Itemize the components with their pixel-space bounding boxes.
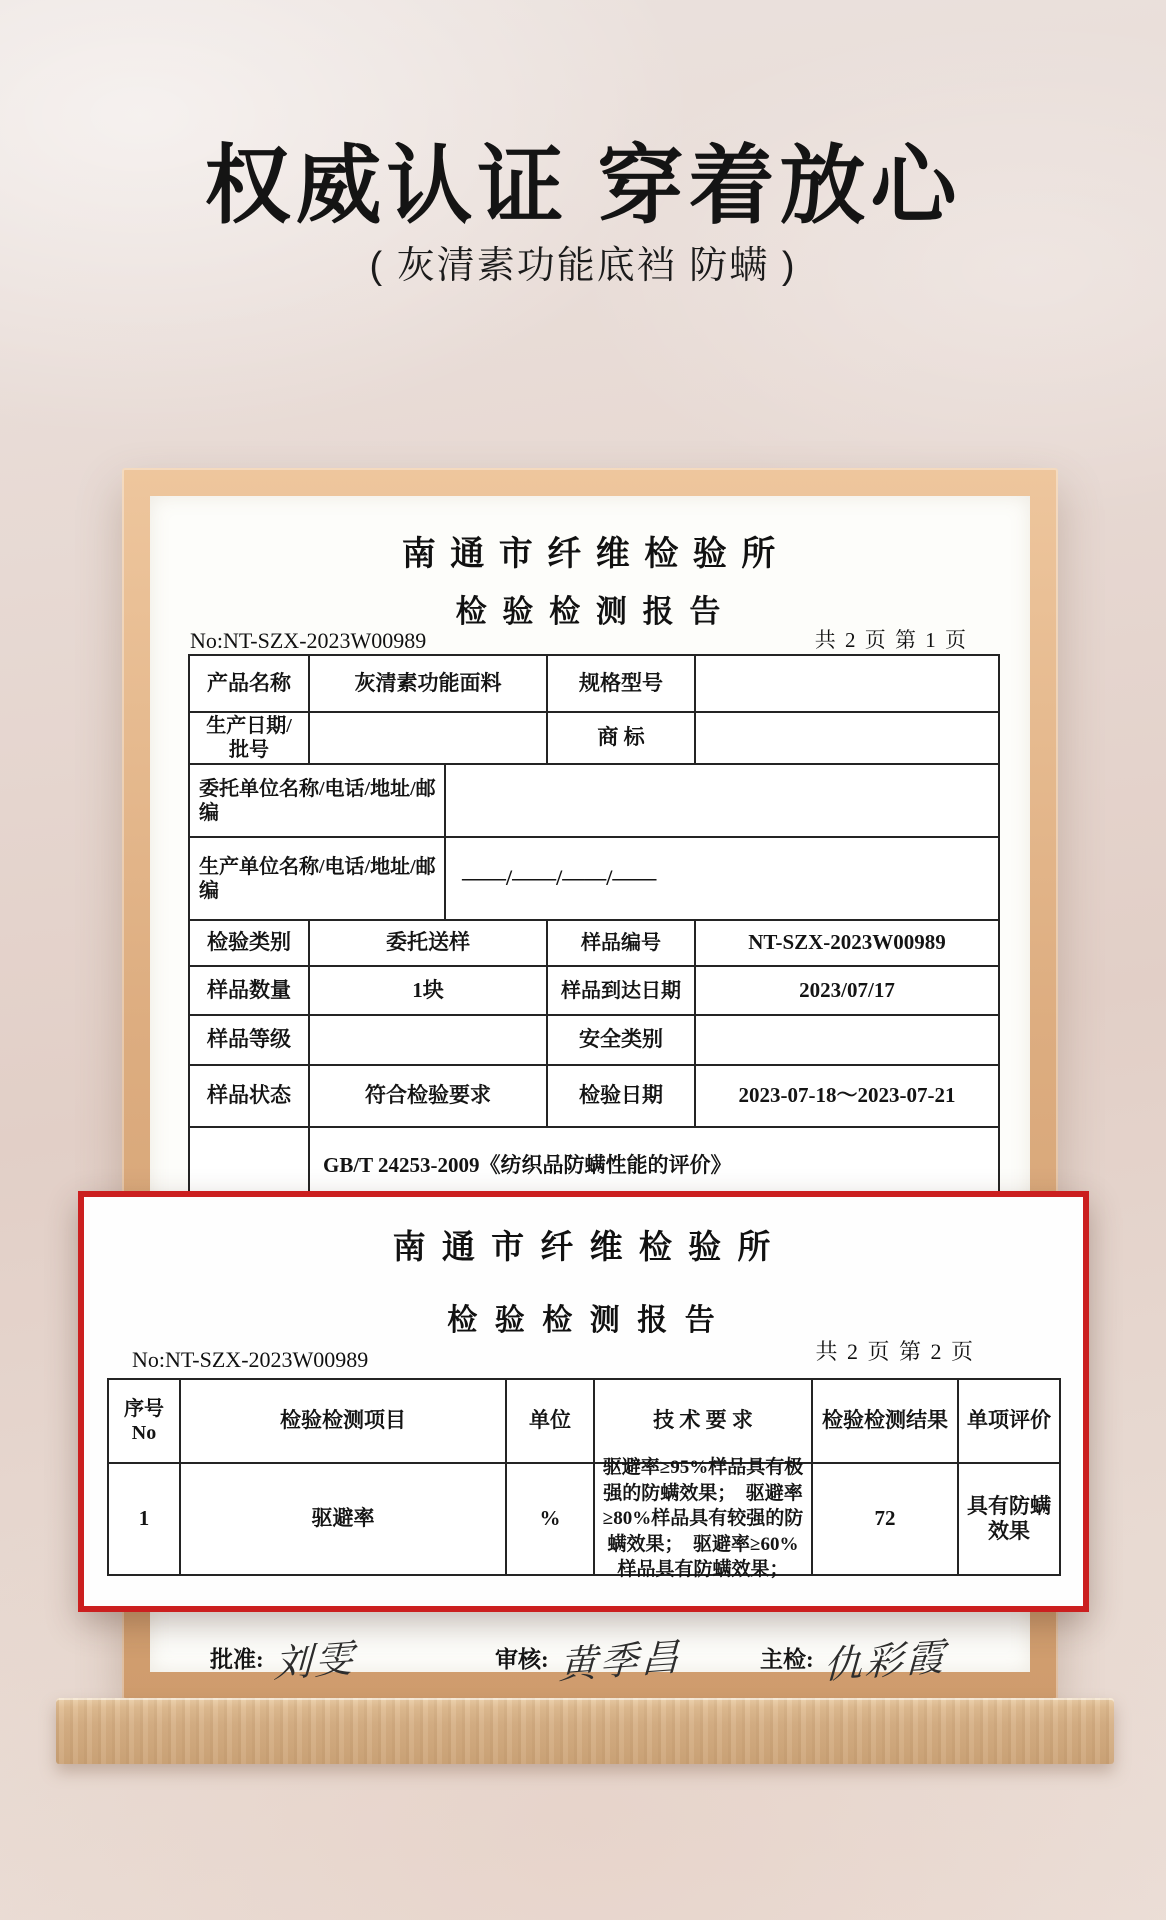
report1-info-table: 产品名称 灰清素功能面料 规格型号 生产日期/ 批号 商 标 委托单位名称/电话… <box>188 654 1000 1206</box>
product-name-value: 灰清素功能面料 <box>310 656 548 711</box>
table-header-row: 序号 No 检验检测项目 单位 技 术 要 求 检验检测结果 单项评价 <box>109 1380 1059 1464</box>
report2-result-table: 序号 No 检验检测项目 单位 技 术 要 求 检验检测结果 单项评价 1 驱避… <box>107 1378 1061 1576</box>
header-unit: 单位 <box>507 1380 595 1462</box>
page-subheading: ( 灰清素功能底裆 防螨 ) <box>0 234 1166 289</box>
inspection-type-value: 委托送样 <box>310 921 548 965</box>
result-technical-requirement: 驱避率≥95%样品具有极强的防螨效果； 驱避率≥80%样品具有较强的防螨效果； … <box>595 1464 813 1574</box>
table-row: 生产单位名称/电话/地址/邮编 ——/——/——/—— <box>190 838 998 921</box>
header-seq-no: 序号 No <box>109 1380 181 1462</box>
sample-state-value: 符合检验要求 <box>310 1066 548 1126</box>
result-seq-no: 1 <box>109 1464 181 1574</box>
sample-grade-value <box>310 1016 548 1064</box>
report1-number: No:NT-SZX-2023W00989 <box>190 628 426 654</box>
approve-signature-group: 批准: 刘雯 <box>210 1630 356 1685</box>
wooden-base <box>56 1698 1114 1764</box>
client-info-label: 委托单位名称/电话/地址/邮编 <box>190 765 446 836</box>
report-page-2: 南 通 市 纤 维 检 验 所 检 验 检 测 报 告 共 2 页 第 2 页 … <box>78 1191 1089 1612</box>
table-row: 1 驱避率 % 驱避率≥95%样品具有极强的防螨效果； 驱避率≥80%样品具有较… <box>109 1464 1059 1574</box>
production-date-value <box>310 713 548 763</box>
brand-value <box>696 713 998 763</box>
result-unit: % <box>507 1464 595 1574</box>
sample-number-label: 样品编号 <box>548 921 696 965</box>
report2-number: No:NT-SZX-2023W00989 <box>132 1347 368 1373</box>
check-signature: 仇彩霞 <box>823 1626 948 1690</box>
table-row: 产品名称 灰清素功能面料 规格型号 <box>190 656 998 713</box>
production-date-label: 生产日期/ 批号 <box>190 713 310 763</box>
table-row: 检验类别 委托送样 样品编号 NT-SZX-2023W00989 <box>190 921 998 967</box>
sample-state-label: 样品状态 <box>190 1066 310 1126</box>
sample-number-value: NT-SZX-2023W00989 <box>696 921 998 965</box>
result-test-result: 72 <box>813 1464 959 1574</box>
spec-model-value <box>696 656 998 711</box>
review-label: 审核: <box>495 1641 549 1674</box>
result-test-item: 驱避率 <box>181 1464 507 1574</box>
sample-arrival-label: 样品到达日期 <box>548 967 696 1014</box>
test-date-value: 2023-07-18～2023-07-21 <box>696 1066 998 1126</box>
brand-label: 商 标 <box>548 713 696 763</box>
header-test-result: 检验检测结果 <box>813 1380 959 1462</box>
report1-page-indicator: 共 2 页 第 1 页 <box>815 624 968 654</box>
safety-category-value <box>696 1016 998 1064</box>
product-name-label: 产品名称 <box>190 656 310 711</box>
sample-grade-label: 样品等级 <box>190 1016 310 1064</box>
check-label: 主检: <box>760 1641 814 1674</box>
table-row: 生产日期/ 批号 商 标 <box>190 713 998 765</box>
review-signature: 黄季昌 <box>558 1626 683 1690</box>
header-test-item: 检验检测项目 <box>181 1380 507 1462</box>
result-item-evaluation: 具有防螨效果 <box>959 1464 1059 1574</box>
report2-title: 检 验 检 测 报 告 <box>84 1295 1083 1339</box>
check-signature-group: 主检: 仇彩霞 <box>760 1630 947 1685</box>
producer-info-label: 生产单位名称/电话/地址/邮编 <box>190 838 446 919</box>
spec-model-label: 规格型号 <box>548 656 696 711</box>
inspection-type-label: 检验类别 <box>190 921 310 965</box>
header-item-evaluation: 单项评价 <box>959 1380 1059 1462</box>
review-signature-group: 审核: 黄季昌 <box>495 1630 682 1685</box>
table-row: 样品等级 安全类别 <box>190 1016 998 1066</box>
report2-org-name: 南 通 市 纤 维 检 验 所 <box>84 1221 1083 1268</box>
report1-org-name: 南 通 市 纤 维 检 验 所 <box>150 526 1030 575</box>
sample-arrival-value: 2023/07/17 <box>696 967 998 1014</box>
approve-signature: 刘雯 <box>273 1627 357 1688</box>
safety-category-label: 安全类别 <box>548 1016 696 1064</box>
client-info-value <box>446 765 998 836</box>
producer-info-value: ——/——/——/—— <box>446 838 998 919</box>
page-heading: 权威认证 穿着放心 <box>0 116 1166 240</box>
header-technical-requirement: 技 术 要 求 <box>595 1380 813 1462</box>
table-row: 样品数量 1块 样品到达日期 2023/07/17 <box>190 967 998 1016</box>
sample-qty-value: 1块 <box>310 967 548 1014</box>
signature-row: 批准: 刘雯 审核: 黄季昌 主检: 仇彩霞 <box>150 1624 1030 1684</box>
table-row: 样品状态 符合检验要求 检验日期 2023-07-18～2023-07-21 <box>190 1066 998 1128</box>
table-row: 委托单位名称/电话/地址/邮编 <box>190 765 998 838</box>
test-date-label: 检验日期 <box>548 1066 696 1126</box>
sample-qty-label: 样品数量 <box>190 967 310 1014</box>
report2-page-indicator: 共 2 页 第 2 页 <box>815 1335 975 1366</box>
approve-label: 批准: <box>210 1641 264 1674</box>
